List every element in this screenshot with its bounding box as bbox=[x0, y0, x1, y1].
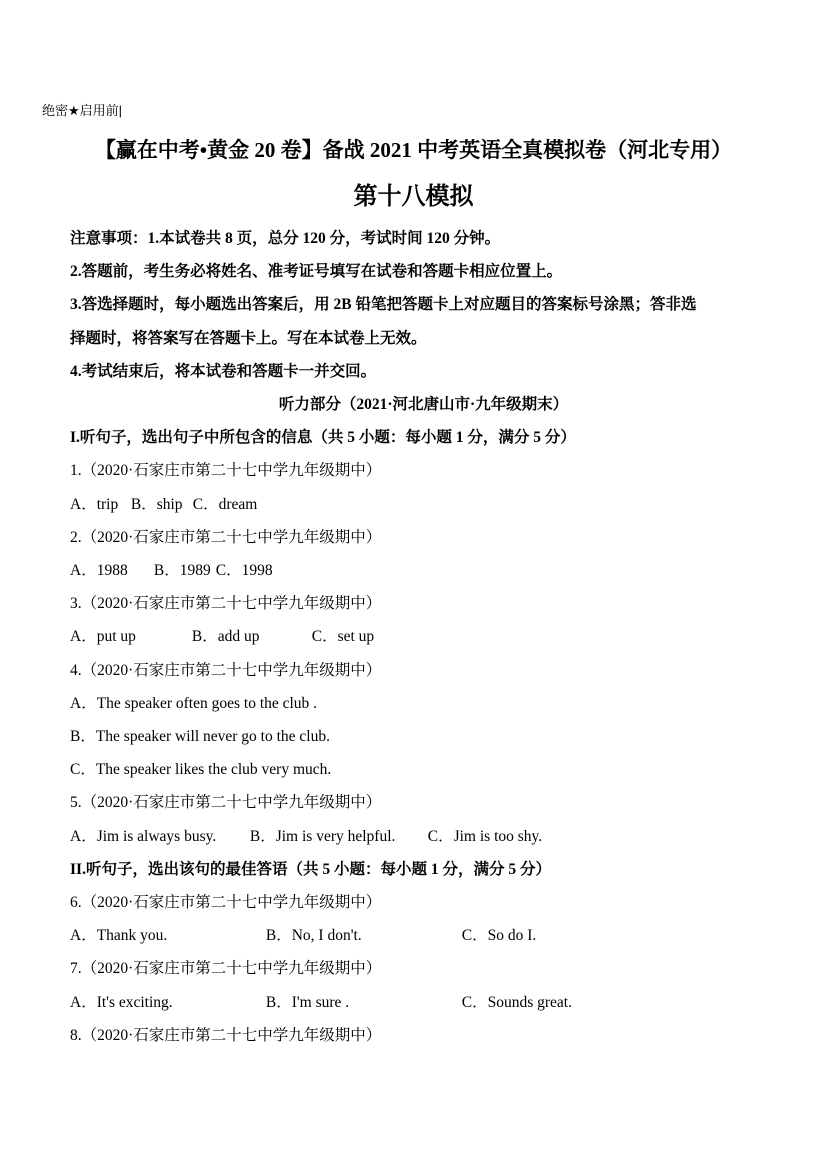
question-7-source: 7.（2020·石家庄市第二十七中学九年级期中） bbox=[70, 952, 777, 985]
listening-section-heading: 听力部分（2021·河北唐山市·九年级期末） bbox=[70, 388, 777, 421]
question-5-source: 5.（2020·石家庄市第二十七中学九年级期中） bbox=[70, 786, 777, 819]
question-1-option-b: B．ship bbox=[131, 488, 189, 521]
question-5-options: A．Jim is always busy. B．Jim is very help… bbox=[70, 820, 777, 853]
paper-subtitle: 第十八模拟 bbox=[0, 180, 827, 214]
question-7-option-b: B．I'm sure . bbox=[266, 986, 458, 1019]
question-1-source: 1.（2020·石家庄市第二十七中学九年级期中） bbox=[70, 454, 777, 487]
notice-line-4: 4.考试结束后，将本试卷和答题卡一并交回。 bbox=[70, 355, 777, 388]
exam-paper-page: 绝密★启用前| 【赢在中考•黄金 20 卷】备战 2021 中考英语全真模拟卷（… bbox=[0, 0, 827, 1169]
question-5-option-c: C．Jim is too shy. bbox=[428, 820, 542, 853]
question-7-option-a: A．It's exciting. bbox=[70, 986, 262, 1019]
question-6-option-b: B．No, I don't. bbox=[266, 919, 458, 952]
notice-line-3: 3.答选择题时，每小题选出答案后，用 2B 铅笔把答题卡上对应题目的答案标号涂黑… bbox=[70, 288, 777, 321]
question-2-source: 2.（2020·石家庄市第二十七中学九年级期中） bbox=[70, 521, 777, 554]
part1-heading: I.听句子，选出句子中所包含的信息（共 5 小题：每小题 1 分，满分 5 分） bbox=[70, 421, 777, 454]
question-2-option-a: A．1988 bbox=[70, 554, 150, 587]
security-note: 绝密★启用前| bbox=[42, 101, 122, 121]
question-2-option-b: B．1989 bbox=[154, 554, 212, 587]
question-3-option-c: C．set up bbox=[312, 620, 374, 653]
question-3-options: A．put up B．add up C．set up bbox=[70, 620, 777, 653]
question-6-options: A．Thank you. B．No, I don't. C．So do I. bbox=[70, 919, 777, 952]
question-6-source: 6.（2020·石家庄市第二十七中学九年级期中） bbox=[70, 886, 777, 919]
question-3-source: 3.（2020·石家庄市第二十七中学九年级期中） bbox=[70, 587, 777, 620]
question-6-option-c: C．So do I. bbox=[462, 919, 537, 952]
question-1-option-a: A．trip bbox=[70, 488, 127, 521]
question-4-option-a: A．The speaker often goes to the club . bbox=[70, 687, 777, 720]
question-4-option-c: C．The speaker likes the club very much. bbox=[70, 753, 777, 786]
part2-heading: II.听句子，选出该句的最佳答语（共 5 小题：每小题 1 分，满分 5 分） bbox=[70, 853, 777, 886]
notice-line-3-cont: 择题时，将答案写在答题卡上。写在本试卷上无效。 bbox=[70, 322, 777, 355]
question-2-options: A．1988 B．1989 C．1998 bbox=[70, 554, 777, 587]
question-4-source: 4.（2020·石家庄市第二十七中学九年级期中） bbox=[70, 654, 777, 687]
question-5-option-a: A．Jim is always busy. bbox=[70, 820, 246, 853]
question-7-options: A．It's exciting. B．I'm sure . C．Sounds g… bbox=[70, 986, 777, 1019]
question-3-option-a: A．put up bbox=[70, 620, 188, 653]
paper-body: 注意事项：1.本试卷共 8 页，总分 120 分，考试时间 120 分钟。 2.… bbox=[0, 222, 827, 1052]
question-8-source: 8.（2020·石家庄市第二十七中学九年级期中） bbox=[70, 1019, 777, 1052]
question-4-option-b: B．The speaker will never go to the club. bbox=[70, 720, 777, 753]
question-1-option-c: C．dream bbox=[193, 488, 258, 521]
question-3-option-b: B．add up bbox=[192, 620, 308, 653]
question-1-options: A．trip B．ship C．dream bbox=[70, 488, 777, 521]
question-5-option-b: B．Jim is very helpful. bbox=[250, 820, 424, 853]
notice-line-2: 2.答题前，考生务必将姓名、准考证号填写在试卷和答题卡相应位置上。 bbox=[70, 255, 777, 288]
paper-title: 【赢在中考•黄金 20 卷】备战 2021 中考英语全真模拟卷（河北专用） bbox=[0, 134, 827, 166]
question-2-option-c: C．1998 bbox=[216, 554, 273, 587]
notice-line-1: 注意事项：1.本试卷共 8 页，总分 120 分，考试时间 120 分钟。 bbox=[70, 222, 777, 255]
question-7-option-c: C．Sounds great. bbox=[462, 986, 572, 1019]
question-6-option-a: A．Thank you. bbox=[70, 919, 262, 952]
